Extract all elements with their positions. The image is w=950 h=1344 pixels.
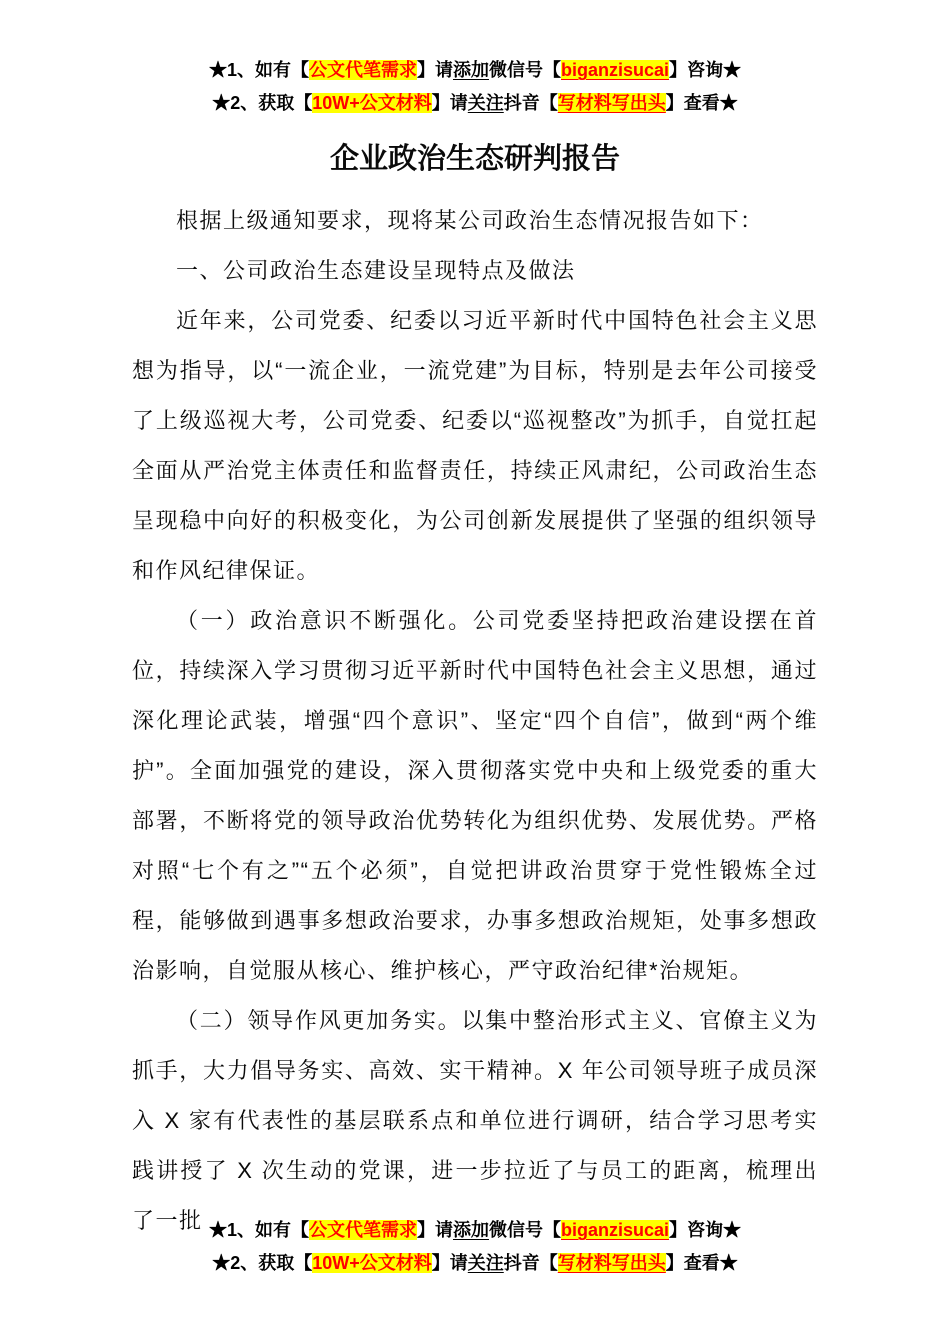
promo-segment: ★2、获取【 [212, 1253, 312, 1273]
header-promo: ★1、如有【公文代笔需求】请添加微信号【biganzisucai】咨询★ ★2、… [0, 54, 950, 120]
document-title: 企业政治生态研判报告 [0, 138, 950, 180]
promo-segment: 微信号【 [489, 60, 561, 80]
promo-segment: 】请 [432, 1253, 468, 1273]
promo-segment: 】请 [417, 1220, 453, 1240]
promo-segment: biganzisucai [561, 1220, 669, 1240]
body-paragraph: （一）政治意识不断强化。公司党委坚持把政治建设摆在首位，持续深入学习贯彻习近平新… [132, 596, 818, 996]
promo-segment: 微信号【 [489, 1220, 561, 1240]
promo-segment: 】请 [417, 60, 453, 80]
promo-segment: 公文代笔需求 [309, 1220, 417, 1240]
footer-promo-line-1: ★1、如有【公文代笔需求】请添加微信号【biganzisucai】咨询★ [0, 1214, 950, 1247]
footer-promo-line-2: ★2、获取【10W+公文材料】请关注抖音【写材料写出头】查看★ [0, 1247, 950, 1280]
promo-segment: 写材料写出头 [558, 93, 666, 113]
promo-segment: 】查看★ [666, 93, 738, 113]
promo-segment: 关注 [468, 93, 504, 113]
document-body: 根据上级通知要求，现将某公司政治生态情况报告如下：一、公司政治生态建设呈现特点及… [132, 196, 818, 1246]
promo-segment: 】咨询★ [669, 60, 741, 80]
body-paragraph: 一、公司政治生态建设呈现特点及做法 [132, 246, 818, 296]
body-paragraph: 根据上级通知要求，现将某公司政治生态情况报告如下： [132, 196, 818, 246]
promo-segment: 添加 [453, 60, 489, 80]
promo-segment: 10W+公文材料 [312, 1253, 432, 1273]
footer-promo: ★1、如有【公文代笔需求】请添加微信号【biganzisucai】咨询★ ★2、… [0, 1214, 950, 1280]
promo-segment: 】请 [432, 93, 468, 113]
body-paragraph: （二）领导作风更加务实。以集中整治形式主义、官僚主义为抓手，大力倡导务实、高效、… [132, 996, 818, 1246]
body-paragraph: 近年来，公司党委、纪委以习近平新时代中国特色社会主义思想为指导，以“一流企业，一… [132, 296, 818, 596]
header-promo-line-1: ★1、如有【公文代笔需求】请添加微信号【biganzisucai】咨询★ [0, 54, 950, 87]
promo-segment: 添加 [453, 1220, 489, 1240]
promo-segment: ★1、如有【 [209, 1220, 309, 1240]
promo-segment: 10W+公文材料 [312, 93, 432, 113]
promo-segment: 】咨询★ [669, 1220, 741, 1240]
promo-segment: biganzisucai [561, 60, 669, 80]
promo-segment: ★2、获取【 [212, 93, 312, 113]
promo-segment: ★1、如有【 [209, 60, 309, 80]
promo-segment: 写材料写出头 [558, 1253, 666, 1273]
document-page: ★1、如有【公文代笔需求】请添加微信号【biganzisucai】咨询★ ★2、… [0, 0, 950, 1344]
promo-segment: 抖音【 [504, 93, 558, 113]
promo-segment: 】查看★ [666, 1253, 738, 1273]
promo-segment: 公文代笔需求 [309, 60, 417, 80]
promo-segment: 抖音【 [504, 1253, 558, 1273]
promo-segment: 关注 [468, 1253, 504, 1273]
header-promo-line-2: ★2、获取【10W+公文材料】请关注抖音【写材料写出头】查看★ [0, 87, 950, 120]
